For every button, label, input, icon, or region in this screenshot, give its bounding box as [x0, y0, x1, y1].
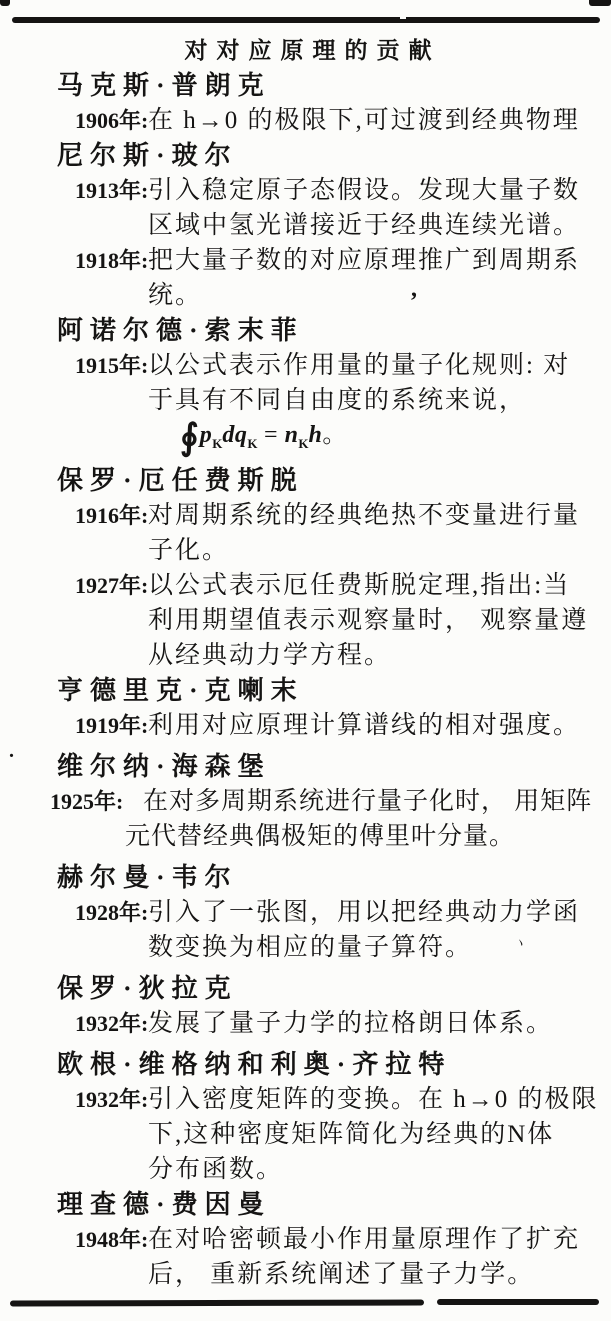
text-line: 于具有不同自由度的系统来说，	[148, 383, 611, 418]
year-label: 1913年:	[75, 173, 148, 208]
item-lines: 以公式表示作用量的量子化规则: 对于具有不同自由度的系统来说，∮pKdqK = …	[148, 348, 611, 453]
top-rule	[12, 17, 600, 23]
year-item: 1918年:把大量子数的对应原理推广到周期系统。	[0, 243, 611, 313]
entry: 保罗·厄任费斯脱1916年:对周期系统的经典绝热不变量进行量子化。1927年:以…	[0, 463, 611, 673]
entry: 保罗·狄拉克1932年:发展了量子力学的拉格朗日体系。	[0, 971, 611, 1041]
scanned-book-page: 对对应原理的贡献 马克斯·普朗克1906年:在 h→0 的极限下,可过渡到经典物…	[0, 0, 611, 1321]
text-line: 从经典动力学方程。	[148, 638, 611, 673]
item-lines: 在对多周期系统进行量子化时， 用矩阵元代替经典偶极矩的傅里叶分量。	[125, 784, 611, 854]
formula-run: h	[183, 107, 198, 134]
formula-run: →0 的极限下,可过渡到经典物理	[198, 107, 580, 134]
year-label: 1916年:	[75, 498, 148, 533]
formula-line: ∮pKdqK = nKh。	[180, 418, 611, 453]
page-title: 对对应原理的贡献	[0, 33, 611, 68]
scan-corner-mark-left	[0, 0, 10, 6]
text-line: 在对哈密顿最小作用量原理作了扩充	[148, 1222, 611, 1257]
bottom-rule-left	[10, 1299, 424, 1306]
formula-run: K	[212, 436, 222, 451]
physicist-name: 欧根·维格纳和利奥·齐拉特	[0, 1047, 611, 1082]
margin-dot-mark: .	[9, 740, 14, 763]
entry: 亨德里克·克喇末1919年:利用对应原理计算谱线的相对强度。	[0, 673, 611, 743]
bottom-rule-right	[437, 1299, 599, 1305]
physicist-name: 赫尔曼·韦尔	[0, 860, 611, 895]
entry: 维尔纳·海森堡1925年:在对多周期系统进行量子化时， 用矩阵元代替经典偶极矩的…	[0, 749, 611, 854]
physicist-name: 保罗·厄任费斯脱	[0, 463, 611, 498]
text-line: 以公式表示厄任费斯脱定理,指出:当	[148, 568, 611, 603]
year-item: 1915年:以公式表示作用量的量子化规则: 对于具有不同自由度的系统来说，∮pK…	[0, 348, 611, 453]
year-item: 1906年:在 h→0 的极限下,可过渡到经典物理	[0, 103, 611, 138]
year-label: 1925年:	[50, 784, 123, 819]
text-line: 后， 重新系统阐述了量子力学。	[148, 1257, 611, 1292]
text-line: 引入了一张图，用以把经典动力学函	[148, 895, 611, 930]
year-label: 1932年:	[75, 1082, 148, 1117]
item-lines: 引入稳定原子态假设。发现大量子数区域中氢光谱接近于经典连续光谱。	[148, 173, 611, 243]
contribution-list: 马克斯·普朗克1906年:在 h→0 的极限下,可过渡到经典物理尼尔斯·玻尔19…	[0, 68, 611, 1292]
year-label: 1927年:	[75, 568, 148, 603]
item-lines: 在对哈密顿最小作用量原理作了扩充后， 重新系统阐述了量子力学。	[148, 1222, 611, 1292]
text-line: 数变换为相应的量子算符。	[148, 930, 611, 965]
top-rule-notch	[400, 17, 406, 19]
text-line: 在 h→0 的极限下,可过渡到经典物理	[148, 103, 611, 138]
year-label: 1932年:	[75, 1006, 148, 1041]
text-line: 元代替经典偶极矩的傅里叶分量。	[125, 819, 611, 854]
year-label: 1915年:	[75, 348, 148, 383]
year-item: 1932年:发展了量子力学的拉格朗日体系。	[0, 1006, 611, 1041]
item-lines: 对周期系统的经典绝热不变量进行量子化。	[148, 498, 611, 568]
year-label: 1928年:	[75, 895, 148, 930]
contour-integral-symbol: ∮	[180, 417, 200, 457]
physicist-name: 亨德里克·克喇末	[0, 673, 611, 708]
text-line: 在对多周期系统进行量子化时， 用矩阵	[125, 784, 611, 819]
text-line: 下,这种密度矩阵简化为经典的N体	[148, 1117, 611, 1152]
text-line: 以公式表示作用量的量子化规则: 对	[148, 348, 611, 383]
physicist-name: 维尔纳·海森堡	[0, 749, 611, 784]
text-line: 把大量子数的对应原理推广到周期系	[148, 243, 611, 278]
physicist-name: 尼尔斯·玻尔	[0, 138, 611, 173]
item-lines: 在 h→0 的极限下,可过渡到经典物理	[148, 103, 611, 138]
formula-run: p	[200, 422, 213, 448]
formula-run: 在	[148, 107, 183, 134]
formula-run: q	[235, 422, 248, 448]
physicist-name: 理查德·费因曼	[0, 1187, 611, 1222]
text-line: 子化。	[148, 533, 611, 568]
text-line: 引入稳定原子态假设。发现大量子数	[148, 173, 611, 208]
scan-corner-mark-right	[589, 0, 611, 6]
year-item: 1916年:对周期系统的经典绝热不变量进行量子化。	[0, 498, 611, 568]
year-item: 1913年:引入稳定原子态假设。发现大量子数区域中氢光谱接近于经典连续光谱。	[0, 173, 611, 243]
entry: 欧根·维格纳和利奥·齐拉特1932年:引入密度矩阵的变换。在 h→0 的极限下,…	[0, 1047, 611, 1187]
text-line: 分布函数。	[148, 1152, 611, 1187]
year-item: 1919年:利用对应原理计算谱线的相对强度。	[0, 708, 611, 743]
text-line: 统。	[148, 278, 611, 313]
physicist-name: 保罗·狄拉克	[0, 971, 611, 1006]
year-item: 1927年:以公式表示厄任费斯脱定理,指出:当利用期望值表示观察量时， 观察量遵…	[0, 568, 611, 673]
formula-run: d	[222, 422, 235, 448]
formula-run: n	[285, 422, 299, 448]
entry: 阿诺尔德·索末菲1915年:以公式表示作用量的量子化规则: 对于具有不同自由度的…	[0, 313, 611, 453]
year-label: 1919年:	[75, 708, 148, 743]
year-item: 1948年:在对哈密顿最小作用量原理作了扩充后， 重新系统阐述了量子力学。	[0, 1222, 611, 1292]
year-label: 1918年:	[75, 243, 148, 278]
item-lines: 引入了一张图，用以把经典动力学函数变换为相应的量子算符。	[148, 895, 611, 965]
formula-run: 。	[322, 422, 347, 448]
physicist-name: 马克斯·普朗克	[0, 68, 611, 103]
entry: 理查德·费因曼1948年:在对哈密顿最小作用量原理作了扩充后， 重新系统阐述了量…	[0, 1187, 611, 1292]
stray-comma-mark: ,	[411, 276, 417, 303]
item-lines: 发展了量子力学的拉格朗日体系。	[148, 1006, 611, 1041]
item-lines: 把大量子数的对应原理推广到周期系统。	[148, 243, 611, 313]
text-line: 利用对应原理计算谱线的相对强度。	[148, 708, 611, 743]
year-item: 1932年:引入密度矩阵的变换。在 h→0 的极限下,这种密度矩阵简化为经典的N…	[0, 1082, 611, 1187]
formula-run: K	[298, 436, 308, 451]
entry: 尼尔斯·玻尔1913年:引入稳定原子态假设。发现大量子数区域中氢光谱接近于经典连…	[0, 138, 611, 313]
formula-run: K	[247, 436, 257, 451]
text-line: 引入密度矩阵的变换。在 h→0 的极限	[148, 1082, 611, 1117]
year-item: 1928年:引入了一张图，用以把经典动力学函数变换为相应的量子算符。	[0, 895, 611, 965]
physicist-name: 阿诺尔德·索末菲	[0, 313, 611, 348]
entry: 马克斯·普朗克1906年:在 h→0 的极限下,可过渡到经典物理	[0, 68, 611, 138]
year-label: 1906年:	[75, 103, 148, 138]
formula-run: =	[258, 422, 285, 448]
item-lines: 利用对应原理计算谱线的相对强度。	[148, 708, 611, 743]
text-line: 利用期望值表示观察量时， 观察量遵	[148, 603, 611, 638]
year-item: 1925年:在对多周期系统进行量子化时， 用矩阵元代替经典偶极矩的傅里叶分量。	[0, 784, 611, 854]
text-line: 对周期系统的经典绝热不变量进行量	[148, 498, 611, 533]
text-line: 区域中氢光谱接近于经典连续光谱。	[148, 208, 611, 243]
year-label: 1948年:	[75, 1222, 148, 1257]
item-lines: 引入密度矩阵的变换。在 h→0 的极限下,这种密度矩阵简化为经典的N体分布函数。	[148, 1082, 611, 1187]
formula-run: h	[309, 422, 323, 448]
text-line: 发展了量子力学的拉格朗日体系。	[148, 1006, 611, 1041]
item-lines: 以公式表示厄任费斯脱定理,指出:当利用期望值表示观察量时， 观察量遵从经典动力学…	[148, 568, 611, 673]
